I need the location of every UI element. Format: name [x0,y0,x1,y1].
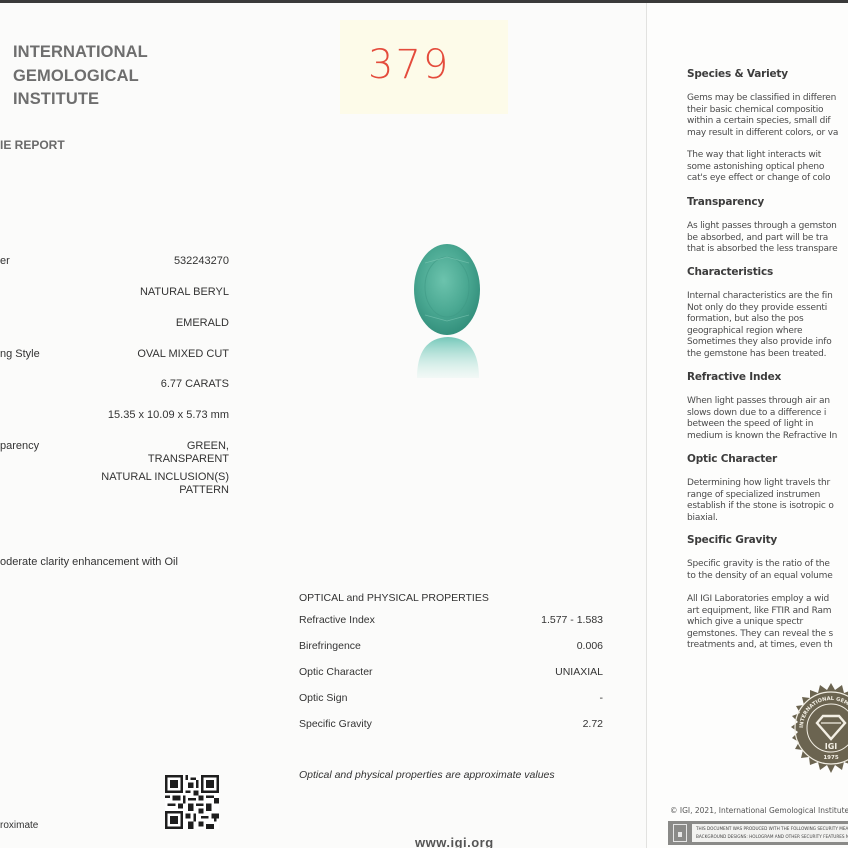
info-paragraph: Determining how light travels thrrange o… [687,478,848,524]
prop-label-specific-gravity: Specific Gravity [299,718,372,730]
color-value: GREEN, [148,440,229,453]
species-value: NATURAL BERYL [140,286,229,299]
info-paragraph-line: between the speed of light in [687,419,848,431]
info-paragraph-line: geographical region where [687,326,848,338]
info-paragraph-line: gemstones. They can reveal the s [687,629,848,641]
info-paragraph-line: that is absorbed the less transpare [687,244,848,256]
report-label-number: er [0,255,10,267]
prop-value-specific-gravity: 2.72 [583,718,603,730]
info-heading: Specific Gravity [687,534,848,546]
info-paragraph-line: formation, but also the pos [687,314,848,326]
info-paragraph-line: may result in different colors, or va [687,128,848,140]
variety-value: EMERALD [176,317,229,330]
info-paragraph-line: range of specialized instrumen [687,490,848,502]
info-paragraph-line: slows down due to a difference i [687,408,848,420]
prop-value-optic-sign: - [600,692,604,704]
igi-seal-icon: IGI 1975 INTERNATIONAL GEMOLOGICAL [786,683,848,773]
info-paragraph: Internal characteristics are the finNot … [687,291,848,360]
info-paragraph-line: As light passes through a gemston [687,221,848,233]
info-paragraph-line: treatments and, at times, even th [687,640,848,652]
report-label-cutting-style: ng Style [0,348,40,360]
info-paragraph-line: biaxial. [687,513,848,525]
footnote-approximate: roximate [0,820,38,831]
institute-name-line: INTERNATIONAL [13,41,148,65]
info-heading: Transparency [687,196,848,208]
info-paragraph: The way that light interacts witsome ast… [687,150,848,185]
info-paragraph-line: which give a unique spectr [687,617,848,629]
panel-fold-line [646,3,647,848]
qr-code [165,775,219,829]
info-paragraph-line: medium is known the Refractive In [687,431,848,443]
institute-name-line: INSTITUTE [13,88,148,112]
gemstone-image [413,243,481,336]
info-paragraph-line: Not only do they provide essenti [687,303,848,315]
security-features-text: THIS DOCUMENT WAS PRODUCED WITH THE FOLL… [692,824,848,842]
institute-name: INTERNATIONAL GEMOLOGICAL INSTITUTE [13,41,148,112]
characteristics-line: NATURAL INCLUSION(S) [101,471,229,484]
characteristics-line: PATTERN [101,484,229,497]
lock-document-icon [673,824,687,842]
svg-text:IGI: IGI [825,742,838,751]
info-paragraph-line: the gemstone has been treated. [687,349,848,361]
report-number: 532243270 [174,255,229,268]
info-heading: Optic Character [687,453,848,465]
report-title: IE REPORT [0,138,65,152]
security-features-banner: THIS DOCUMENT WAS PRODUCED WITH THE FOLL… [668,821,848,845]
info-heading: Characteristics [687,266,848,278]
info-paragraph-line: within a certain species, small dif [687,116,848,128]
info-paragraph-line: Specific gravity is the ratio of the [687,559,848,571]
info-paragraph-line: their basic chemical compositio [687,105,848,117]
info-paragraph-line: Sometimes they also provide info [687,337,848,349]
weight-value: 6.77 CARATS [161,378,229,391]
prop-label-refractive-index: Refractive Index [299,614,375,626]
gemstone-reflection [415,336,481,378]
prop-value-refractive-index: 1.577 - 1.583 [541,614,603,626]
info-paragraph-line: be absorbed, and part will be tra [687,233,848,245]
website-link[interactable]: www.igi.org [415,835,494,848]
prop-label-optic-character: Optic Character [299,666,373,678]
info-paragraph: Gems may be classified in differentheir … [687,93,848,139]
security-line: BACKGROUND DESIGNS: HOLOGRAM AND OTHER S… [692,832,848,840]
institute-name-line: GEMOLOGICAL [13,65,148,89]
info-paragraph-line: When light passes through air an [687,396,848,408]
info-paragraph-line: All IGI Laboratories employ a wid [687,594,848,606]
copyright-text: © IGI, 2021, International Gemological I… [670,806,848,815]
cutting-style-value: OVAL MIXED CUT [137,348,229,361]
info-paragraph-line: cat's eye effect or change of colo [687,173,848,185]
prop-label-birefringence: Birefringence [299,640,361,652]
comments-text: oderate clarity enhancement with Oil [0,556,178,568]
properties-disclaimer: Optical and physical properties are appr… [299,769,555,781]
prop-value-birefringence: 0.006 [577,640,603,652]
info-paragraph-line: Internal characteristics are the fin [687,291,848,303]
characteristics-value: NATURAL INCLUSION(S) PATTERN [101,471,229,497]
info-paragraph: Specific gravity is the ratio of theto t… [687,559,848,582]
svg-text:1975: 1975 [823,755,838,761]
info-heading: Species & Variety [687,68,848,80]
info-paragraph-line: Determining how light travels thr [687,478,848,490]
color-transparency-value: GREEN, TRANSPARENT [148,440,229,466]
info-paragraph-line: art equipment, like FTIR and Ram [687,606,848,618]
info-paragraph: All IGI Laboratories employ a widart equ… [687,594,848,652]
optical-properties-heading: OPTICAL and PHYSICAL PROPERTIES [299,592,489,604]
transparency-value: TRANSPARENT [148,453,229,466]
measurements-value: 15.35 x 10.09 x 5.73 mm [108,409,229,422]
info-heading: Refractive Index [687,371,848,383]
info-paragraph-line: The way that light interacts wit [687,150,848,162]
info-paragraph-line: Gems may be classified in differen [687,93,848,105]
prop-label-optic-sign: Optic Sign [299,692,347,704]
report-label-color-transparency: parency [0,440,39,452]
security-line: THIS DOCUMENT WAS PRODUCED WITH THE FOLL… [692,824,848,832]
info-paragraph-line: some astonishing optical pheno [687,162,848,174]
info-paragraph-line: establish if the stone is isotropic o [687,501,848,513]
info-paragraph-line: to the density of an equal volume [687,571,848,583]
info-paragraph: As light passes through a gemstonbe abso… [687,221,848,256]
info-paragraph: When light passes through air anslows do… [687,396,848,442]
prop-value-optic-character: UNIAXIAL [555,666,603,678]
sticky-note-number: 379 [368,42,450,88]
